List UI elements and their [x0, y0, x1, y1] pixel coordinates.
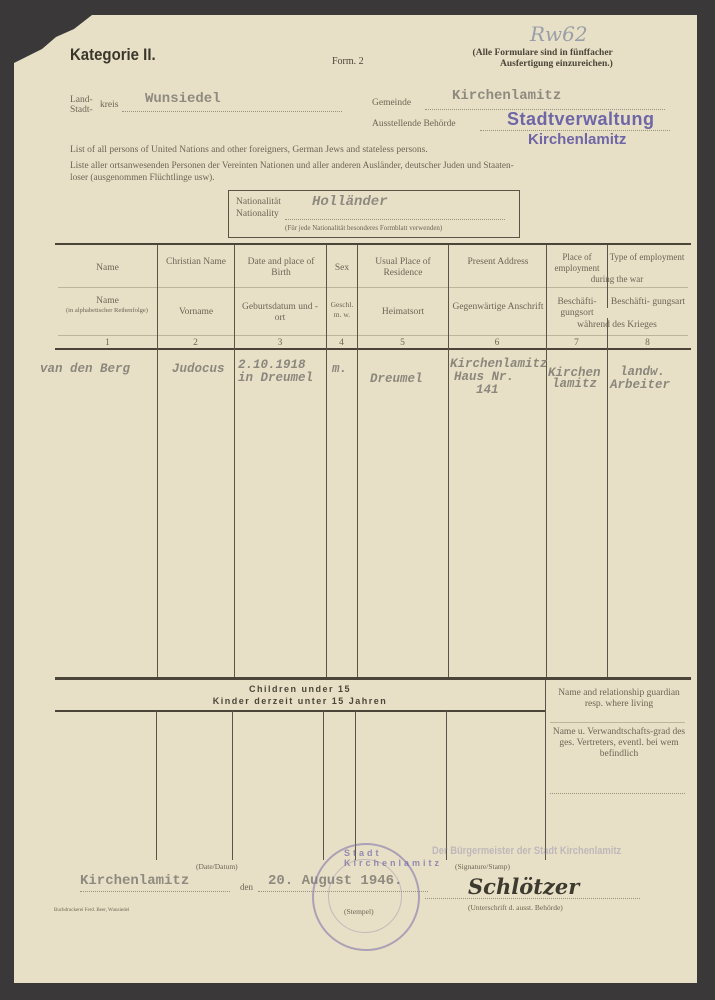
- col-line-5: [448, 245, 449, 677]
- col-header-sex-de: Geschl. m. w.: [330, 300, 354, 320]
- header-divider: [58, 287, 688, 288]
- den-label: den: [240, 882, 253, 892]
- mayor-stamp: Der Bürgermeister der Stadt Kirchenlamit…: [432, 845, 621, 857]
- cell-residence: Dreumel: [370, 373, 423, 386]
- nationality-underline: [285, 219, 505, 220]
- col-header-residence-en: Usual Place of Residence: [360, 257, 446, 279]
- child-col-line-1: [156, 711, 157, 860]
- cell-worktype-2: Arbeiter: [610, 379, 670, 392]
- col-header-name-sub: (in alphabetischer Reihenfolge): [62, 307, 152, 314]
- col-header-address-de: Gegenwärtige Anschrift: [451, 302, 545, 313]
- guardian-header-de: Name u. Verwandtschafts-grad des ges. Ve…: [548, 727, 690, 760]
- col-header-vorname-en: Christian Name: [160, 257, 232, 268]
- col-line-6: [546, 245, 547, 677]
- nationality-value: Holländer: [312, 194, 388, 210]
- landkreis-label: Land- Stadt-: [70, 95, 93, 115]
- cell-address-3: 141: [476, 384, 499, 397]
- col-num-3: 3: [234, 338, 326, 349]
- kreis-label: kreis: [100, 100, 118, 110]
- guardian-dotline: [550, 793, 685, 794]
- col-line-4: [357, 245, 358, 677]
- table-top-border: [55, 243, 691, 245]
- col-header-birth-en: Date and place of Birth: [237, 257, 325, 279]
- landkreis-underline: [122, 111, 342, 112]
- stamp-inner-ring: [328, 859, 402, 933]
- cell-birth-place: in Dreumel: [238, 372, 313, 385]
- printer-imprint: Buchdruckerei Ferd. Beer, Wunsiedel: [54, 908, 129, 913]
- behoerde-label: Ausstellende Behörde: [372, 119, 456, 129]
- col-header-span-en: during the war: [546, 274, 688, 285]
- cell-workplace-2: lamitz: [552, 378, 597, 391]
- stamp-label: (Stempel): [344, 907, 374, 916]
- col-header-name-de: Name: [58, 296, 157, 307]
- number-row-divider: [58, 335, 688, 336]
- stamp-text: Stadt Kirchenlamitz: [344, 848, 442, 868]
- handwritten-reference: Rw62: [530, 22, 588, 46]
- nationality-hint: (Für jede Nationalität besonderes Formbl…: [285, 224, 442, 232]
- col-header-name-en: Name: [58, 263, 157, 274]
- col-header-worktype-en: Type of employment: [607, 252, 687, 263]
- landkreis-value: Wunsiedel: [145, 91, 221, 107]
- copies-note-line-2: Ausfertigung einzureichen.): [470, 59, 613, 70]
- land-label: Land-: [70, 95, 93, 105]
- cell-name: van den Berg: [40, 363, 130, 376]
- gemeinde-label: Gemeinde: [372, 98, 411, 108]
- col-line-3: [326, 245, 327, 677]
- table-bottom-border: [55, 677, 691, 680]
- col-num-6: 6: [448, 338, 546, 349]
- col-header-sex-en: Sex: [327, 263, 357, 274]
- guardian-divider: [550, 722, 685, 723]
- children-header-border: [55, 710, 545, 712]
- intro-german-1: Liste aller ortsanwesenden Personen der …: [70, 161, 514, 171]
- round-official-stamp: Stadt Kirchenlamitz: [312, 843, 420, 951]
- place-value: Kirchenlamitz: [80, 873, 189, 889]
- signature-underline: [425, 898, 640, 899]
- col-line-7b: [607, 318, 608, 677]
- col-num-7: 7: [546, 338, 607, 349]
- nationality-label-de: Nationalität: [236, 197, 281, 207]
- col-num-2: 2: [157, 338, 234, 349]
- col-num-5: 5: [357, 338, 448, 349]
- kirchenlamitz-stamp: Kirchenlamitz: [528, 131, 626, 148]
- gemeinde-value: Kirchenlamitz: [452, 88, 561, 104]
- child-col-line-5: [446, 711, 447, 860]
- signature: Schlötzer: [468, 874, 579, 899]
- col-header-birth-de: Geburtsdatum und -ort: [240, 302, 320, 324]
- col-header-span-de: während des Krieges: [546, 320, 688, 331]
- col-header-worktype-de: Beschäfti- gungsart: [609, 297, 687, 308]
- child-col-line-3: [323, 711, 324, 860]
- form-number: Form. 2: [332, 56, 364, 67]
- signature-caption: (Unterschrift d. ausst. Behörde): [468, 903, 563, 912]
- children-title-en: Children under 15: [55, 684, 545, 695]
- copies-note: (Alle Formulare sind in fünffacher Ausfe…: [470, 48, 613, 70]
- guardian-header-en: Name and relationship guardian resp. whe…: [548, 688, 690, 710]
- nationality-label-en: Nationality: [236, 209, 279, 219]
- copies-note-line-1: (Alle Formulare sind in fünffacher: [470, 48, 613, 59]
- intro-english: List of all persons of United Nations an…: [70, 145, 428, 155]
- place-underline: [80, 891, 230, 892]
- col-num-8: 8: [607, 338, 688, 349]
- cell-vorname: Judocus: [172, 363, 225, 376]
- children-guardian-divider: [545, 680, 546, 860]
- col-num-4: 4: [326, 338, 357, 349]
- cell-sex: m.: [332, 363, 347, 376]
- child-col-line-2: [232, 711, 233, 860]
- stadtverwaltung-stamp: Stadtverwaltung: [507, 109, 655, 130]
- signature-stamp-label: (Signature/Stamp): [455, 862, 510, 871]
- intro-german-2: loser (ausgenommen Flüchtlinge usw).: [70, 173, 215, 183]
- children-title-de: Kinder derzeit unter 15 Jahren: [55, 696, 545, 707]
- col-header-workplace-en: Place of employment: [546, 252, 608, 274]
- col-line-2: [234, 245, 235, 677]
- form-category-title: Kategorie II.: [70, 45, 156, 65]
- date-label: (Date/Datum): [196, 862, 238, 871]
- col-header-workplace-de: Beschäfti- gungsort: [548, 297, 606, 319]
- col-header-address-en: Present Address: [451, 257, 545, 268]
- child-col-line-4: [355, 711, 356, 860]
- col-num-1: 1: [58, 338, 157, 349]
- stadt-label: Stadt-: [70, 105, 93, 115]
- col-header-vorname-de: Vorname: [160, 307, 232, 318]
- col-header-residence-de: Heimatsort: [360, 307, 446, 318]
- col-line-1: [157, 245, 158, 677]
